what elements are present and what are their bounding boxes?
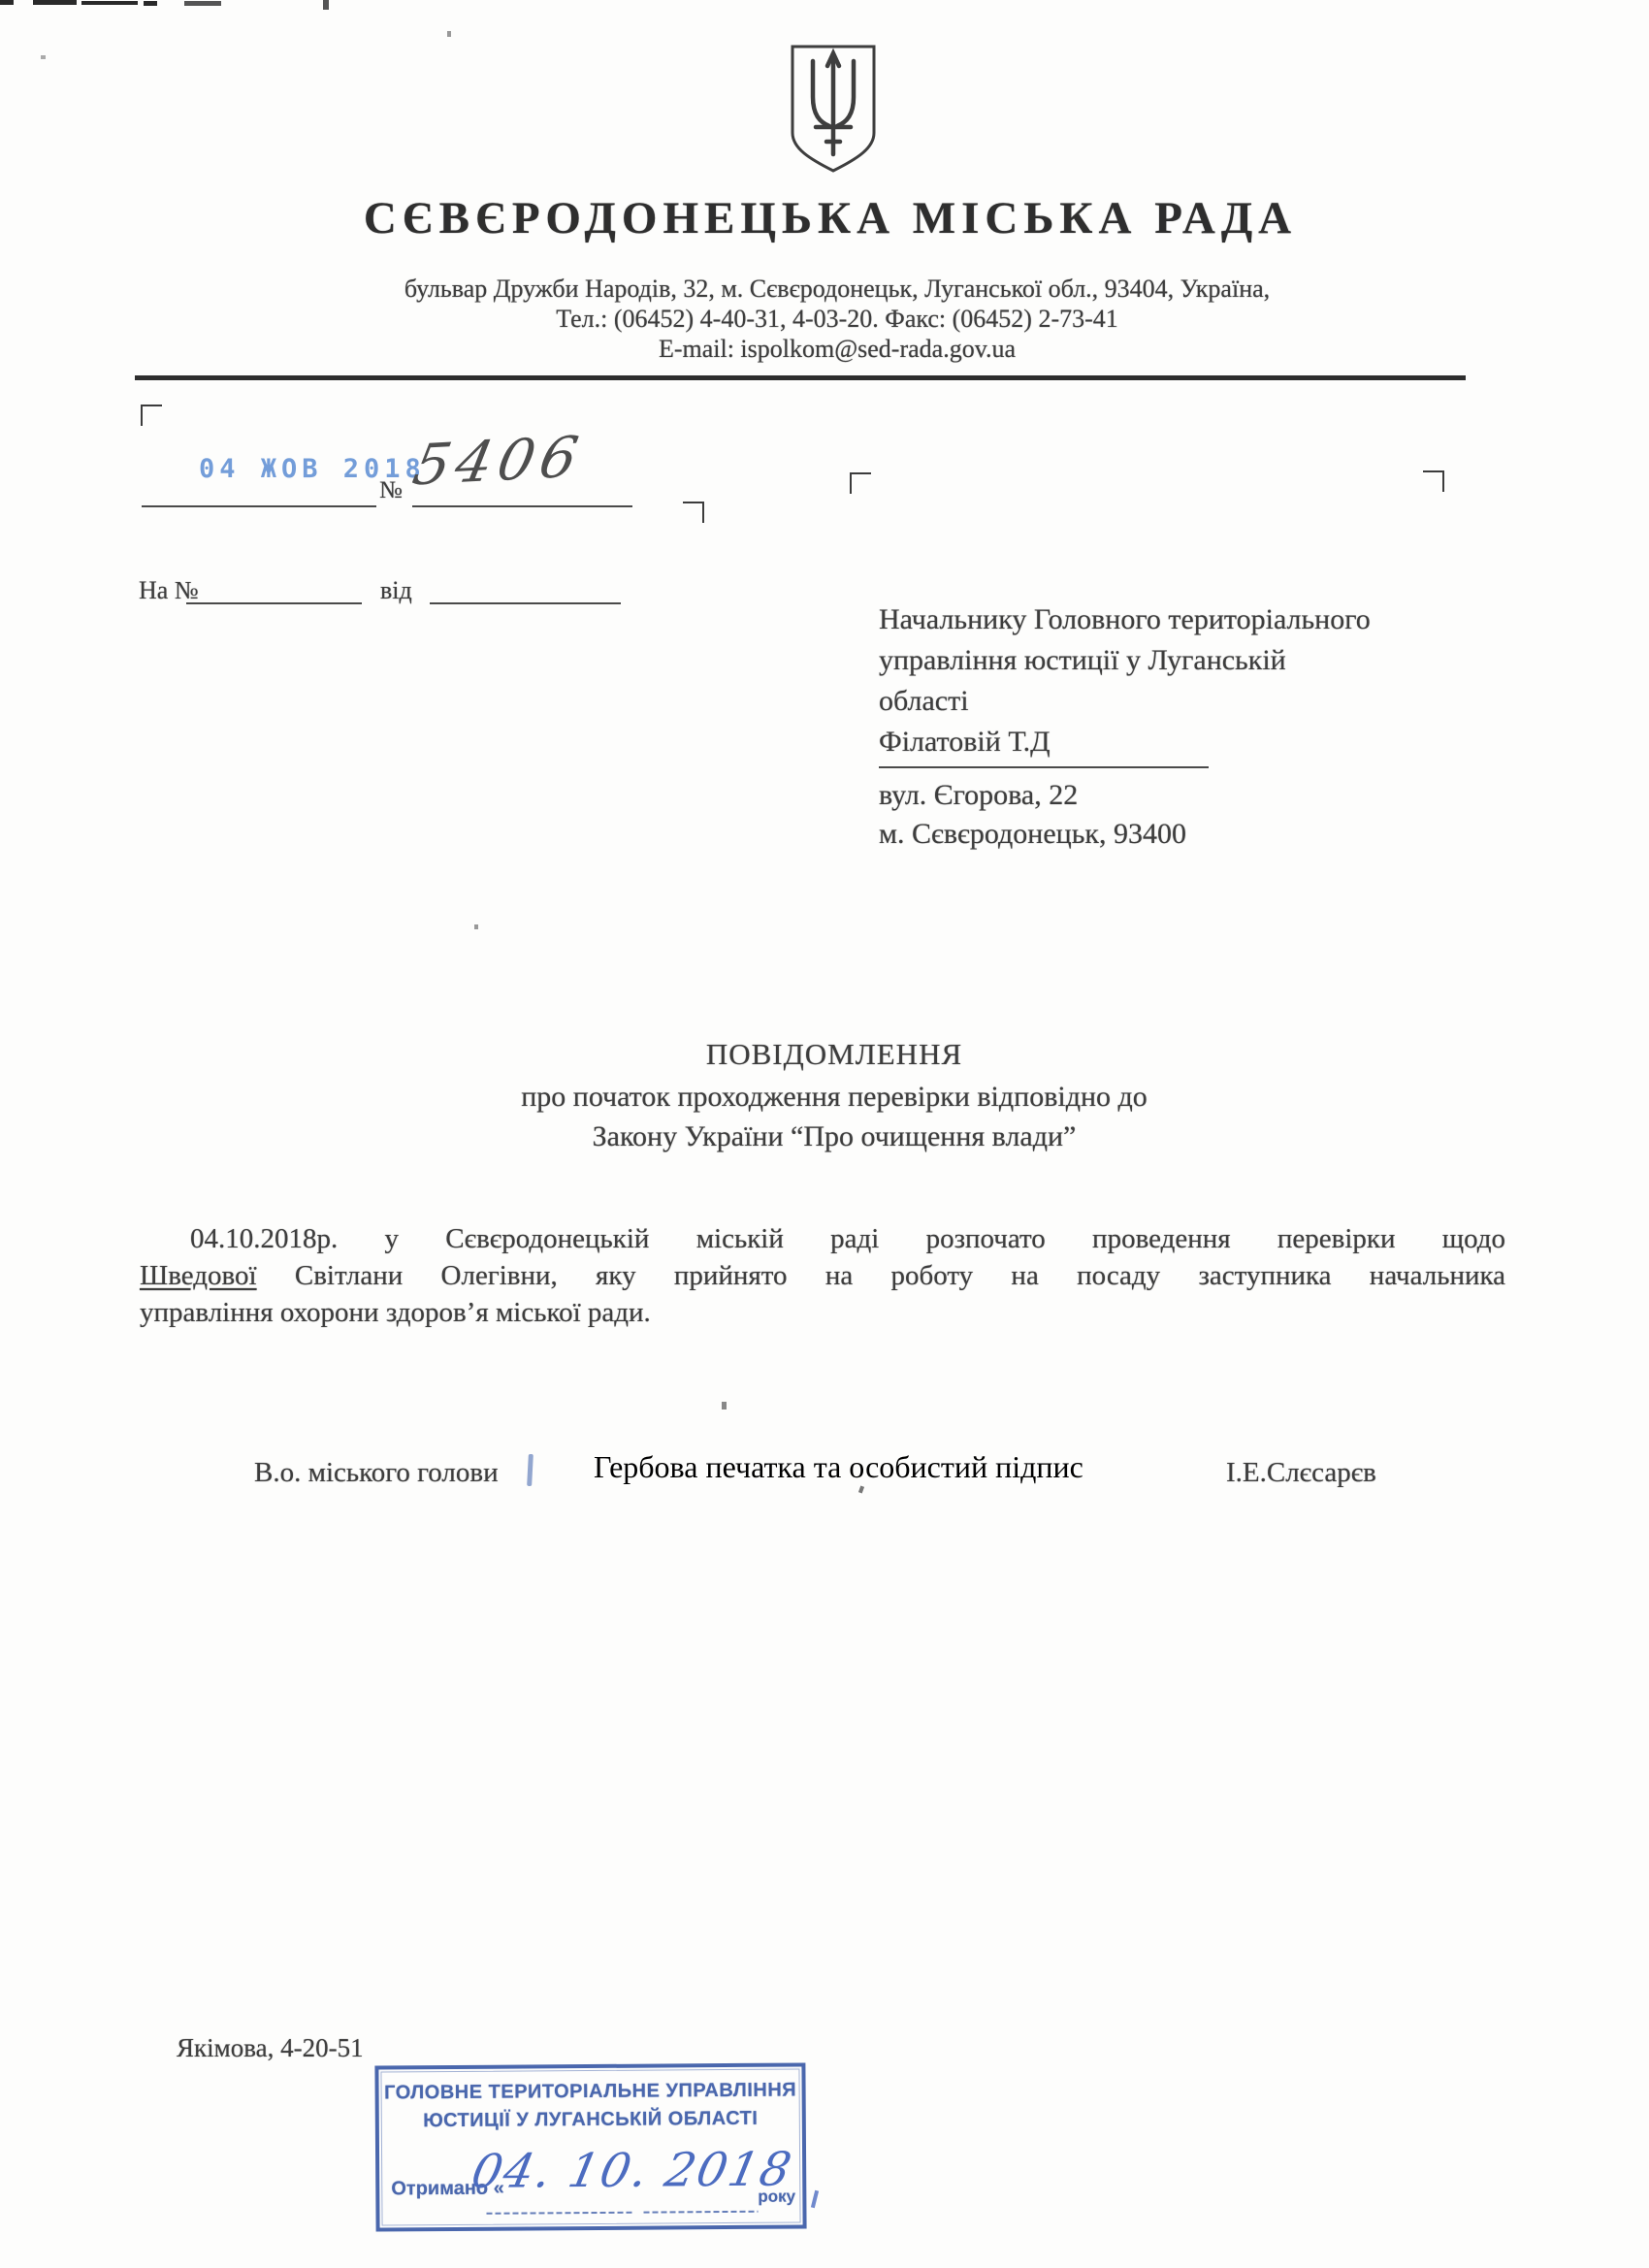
scan-speck xyxy=(41,55,46,59)
org-phone-fax: Тел.: (06452) 4-40-31, 4-03-20. Факс: (0… xyxy=(0,305,1649,334)
reply-to-number-label: На № xyxy=(139,576,199,605)
received-date-blank-line xyxy=(486,2212,631,2215)
scan-speck xyxy=(323,0,329,10)
document-title: ПОВІДОМЛЕННЯ xyxy=(19,1032,1649,1077)
scan-speck xyxy=(144,1,157,6)
received-stamp: ГОЛОВНЕ ТЕРИТОРІАЛЬНЕ УПРАВЛІННЯ ЮСТИЦІЇ… xyxy=(374,2062,806,2231)
received-date-handwritten: 04. 10. 2018 xyxy=(467,2143,797,2199)
scan-speck xyxy=(184,1,221,6)
scanned-letter-page: СЄВЄРОДОНЕЦЬКА МІСЬКА РАДА бульвар Дружб… xyxy=(0,0,1649,2268)
received-date-blank-line xyxy=(643,2211,758,2214)
scan-speck xyxy=(81,1,138,5)
document-title-block: ПОВІДОМЛЕННЯ про початок проходження пер… xyxy=(0,1032,1649,1156)
org-address: бульвар Дружби Народів, 32, м. Сєвєродон… xyxy=(0,275,1649,304)
scan-speck xyxy=(722,1402,727,1409)
document-subtitle-line: про початок проходження перевірки відпов… xyxy=(19,1077,1649,1117)
body-line-rest: Світлани Олегівни, яку прийнято на робот… xyxy=(295,1260,1505,1291)
document-subtitle-line: Закону України “Про очищення влади” xyxy=(19,1117,1649,1156)
recipient-name: Філатовій Т.Д xyxy=(879,722,1471,762)
recipient-line: Начальнику Головного територіального xyxy=(879,599,1471,640)
seal-and-signature-note: Гербова печатка та особистий підпис xyxy=(594,1449,1083,1485)
scan-speck xyxy=(0,0,14,5)
body-line: управління охорони здоров’я міської ради… xyxy=(140,1294,1505,1331)
reply-from-label: від xyxy=(380,576,412,605)
corner-mark-top-left xyxy=(141,405,162,426)
received-stamp-org-line: ГОЛОВНЕ ТЕРИТОРІАЛЬНЕ УПРАВЛІННЯ xyxy=(379,2079,802,2104)
signer-position: В.о. міського голови xyxy=(254,1457,499,1489)
coat-of-arms-icon xyxy=(787,44,880,174)
outgoing-number-handwritten: 5406 xyxy=(407,424,589,499)
org-email: E-mail: ispolkom@sed-rada.gov.ua xyxy=(0,335,1649,364)
recipient-underline xyxy=(879,766,1209,768)
recipient-line: області xyxy=(879,681,1471,722)
org-name: СЄВЄРОДОНЕЦЬКА МІСЬКА РАДА xyxy=(0,192,1649,244)
number-sign: № xyxy=(379,477,403,504)
recipient-block: Начальнику Головного територіального упр… xyxy=(879,599,1471,854)
scan-speck xyxy=(447,31,451,37)
body-paragraph: 04.10.2018р. у Сєвєродонецькій міській р… xyxy=(140,1220,1505,1331)
executor-contact: Якімова, 4-20-51 xyxy=(177,2033,364,2063)
recipient-line: управління юстиції у Луганській xyxy=(879,640,1471,681)
scan-speck xyxy=(858,1486,864,1494)
letterhead-divider xyxy=(135,375,1466,380)
received-stamp-org-line: ЮСТИЦІЇ У ЛУГАНСЬКІЙ ОБЛАСТІ xyxy=(379,2107,802,2132)
pen-tick xyxy=(811,2190,819,2208)
scan-speck xyxy=(33,0,77,5)
recipient-street: вул. Єгорова, 22 xyxy=(879,776,1471,815)
received-year-suffix: року xyxy=(758,2187,795,2207)
signer-name: І.Е.Слєсарєв xyxy=(1226,1457,1376,1489)
body-name-underlined: Шведової xyxy=(140,1260,257,1291)
recipient-city: м. Сєвєродонецьк, 93400 xyxy=(879,815,1471,854)
number-blank-line xyxy=(412,505,632,507)
corner-mark-recipient-left xyxy=(850,472,871,494)
date-blank-line xyxy=(142,505,376,507)
body-line: Шведової Світлани Олегівни, яку прийнято… xyxy=(140,1257,1505,1294)
scan-speck xyxy=(474,924,478,929)
corner-mark-top-right xyxy=(683,502,704,523)
reply-date-blank-line xyxy=(430,602,621,604)
corner-mark-recipient-right xyxy=(1423,470,1444,492)
pen-mark xyxy=(527,1454,533,1486)
reply-number-blank-line xyxy=(186,602,362,604)
body-line: 04.10.2018р. у Сєвєродонецькій міській р… xyxy=(140,1220,1505,1257)
